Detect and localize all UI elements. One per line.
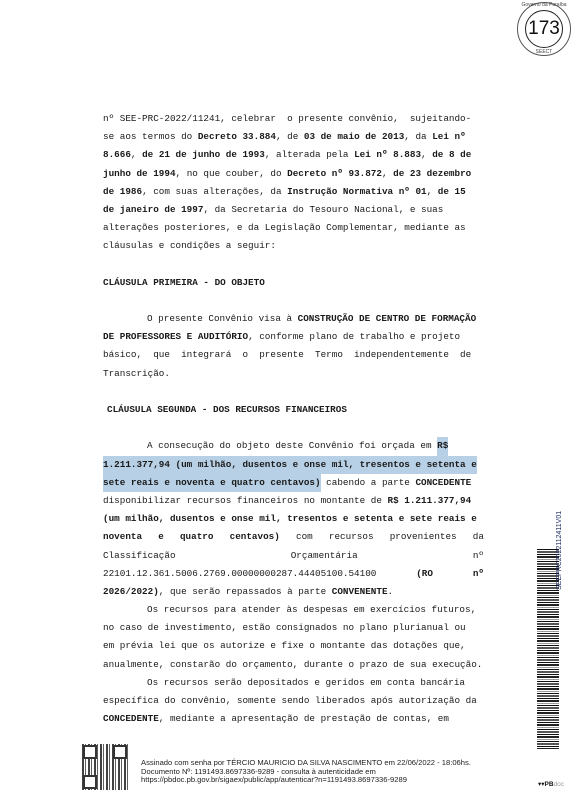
clause-2-text: A consecução do objeto deste Convênio fo… [103, 437, 484, 601]
clause-1-text: O presente Convênio visa à CONSTRUÇÃO DE… [103, 310, 484, 383]
text-line: no caso de investimento, estão consignad… [103, 619, 484, 637]
pbdoc-logo: ▾▾PBdoc [538, 780, 564, 788]
text-line: nº SEE-PRC-2022/11241, celebrar o presen… [103, 110, 484, 128]
text-line: alterações posteriores, e da Legislação … [103, 219, 484, 237]
text-line: de 1986, com suas alterações, da Instruç… [103, 183, 484, 201]
paragraph-future-expenses: Os recursos para atender às despesas em … [103, 601, 484, 674]
page-number-stamp: Governo da Paraíba 173 SEECT [517, 2, 571, 56]
text-line: cláusulas e condições a seguir: [103, 237, 484, 255]
highlighted-text: R$ [437, 437, 448, 455]
text-line: junho de 1994, no que couber, do Decreto… [103, 165, 484, 183]
stamp-bottom-label: SEECT [518, 49, 570, 55]
page-number: 173 [525, 10, 563, 48]
text-line: de janeiro de 1997, da Secretaria do Tes… [103, 201, 484, 219]
highlighted-text: 1.211.377,94 (um milhão, dusentos e onse… [103, 456, 477, 474]
clause-2-heading: CLÁUSULA SEGUNDA - DOS RECURSOS FINANCEI… [103, 401, 484, 419]
text-line: se aos termos do Decreto 33.884, de 03 d… [103, 128, 484, 146]
authenticity-link[interactable]: https://pbdoc.pb.gov.br/sigaex/public/ap… [141, 776, 471, 785]
text-line: 8.666, de 21 de junho de 1993, alterada … [103, 146, 484, 164]
barcode-label: SEEPRC2022112411V01 [556, 511, 563, 590]
text-line: em prévia lei que os autorize e fixe o m… [103, 637, 484, 655]
text-line: anualmente, constarão do orçamento, dura… [103, 656, 484, 674]
clause-1-heading: CLÁUSULA PRIMEIRA - DO OBJETO [103, 274, 484, 292]
paragraph-legal-basis: nº SEE-PRC-2022/11241, celebrar o presen… [103, 110, 484, 256]
paragraph-deposit: Os recursos serão depositados e geridos … [103, 674, 484, 729]
stamp-top-label: Governo da Paraíba [518, 2, 570, 8]
highlighted-text: sete reais e noventa e quatro centavos) [103, 474, 321, 492]
document-body: nº SEE-PRC-2022/11241, celebrar o presen… [103, 110, 484, 728]
text-line: Os recursos para atender às despesas em … [103, 601, 484, 619]
signature-block: Assinado com senha por TÉRCIO MAURICIO D… [141, 759, 471, 785]
qr-code[interactable] [82, 744, 128, 790]
